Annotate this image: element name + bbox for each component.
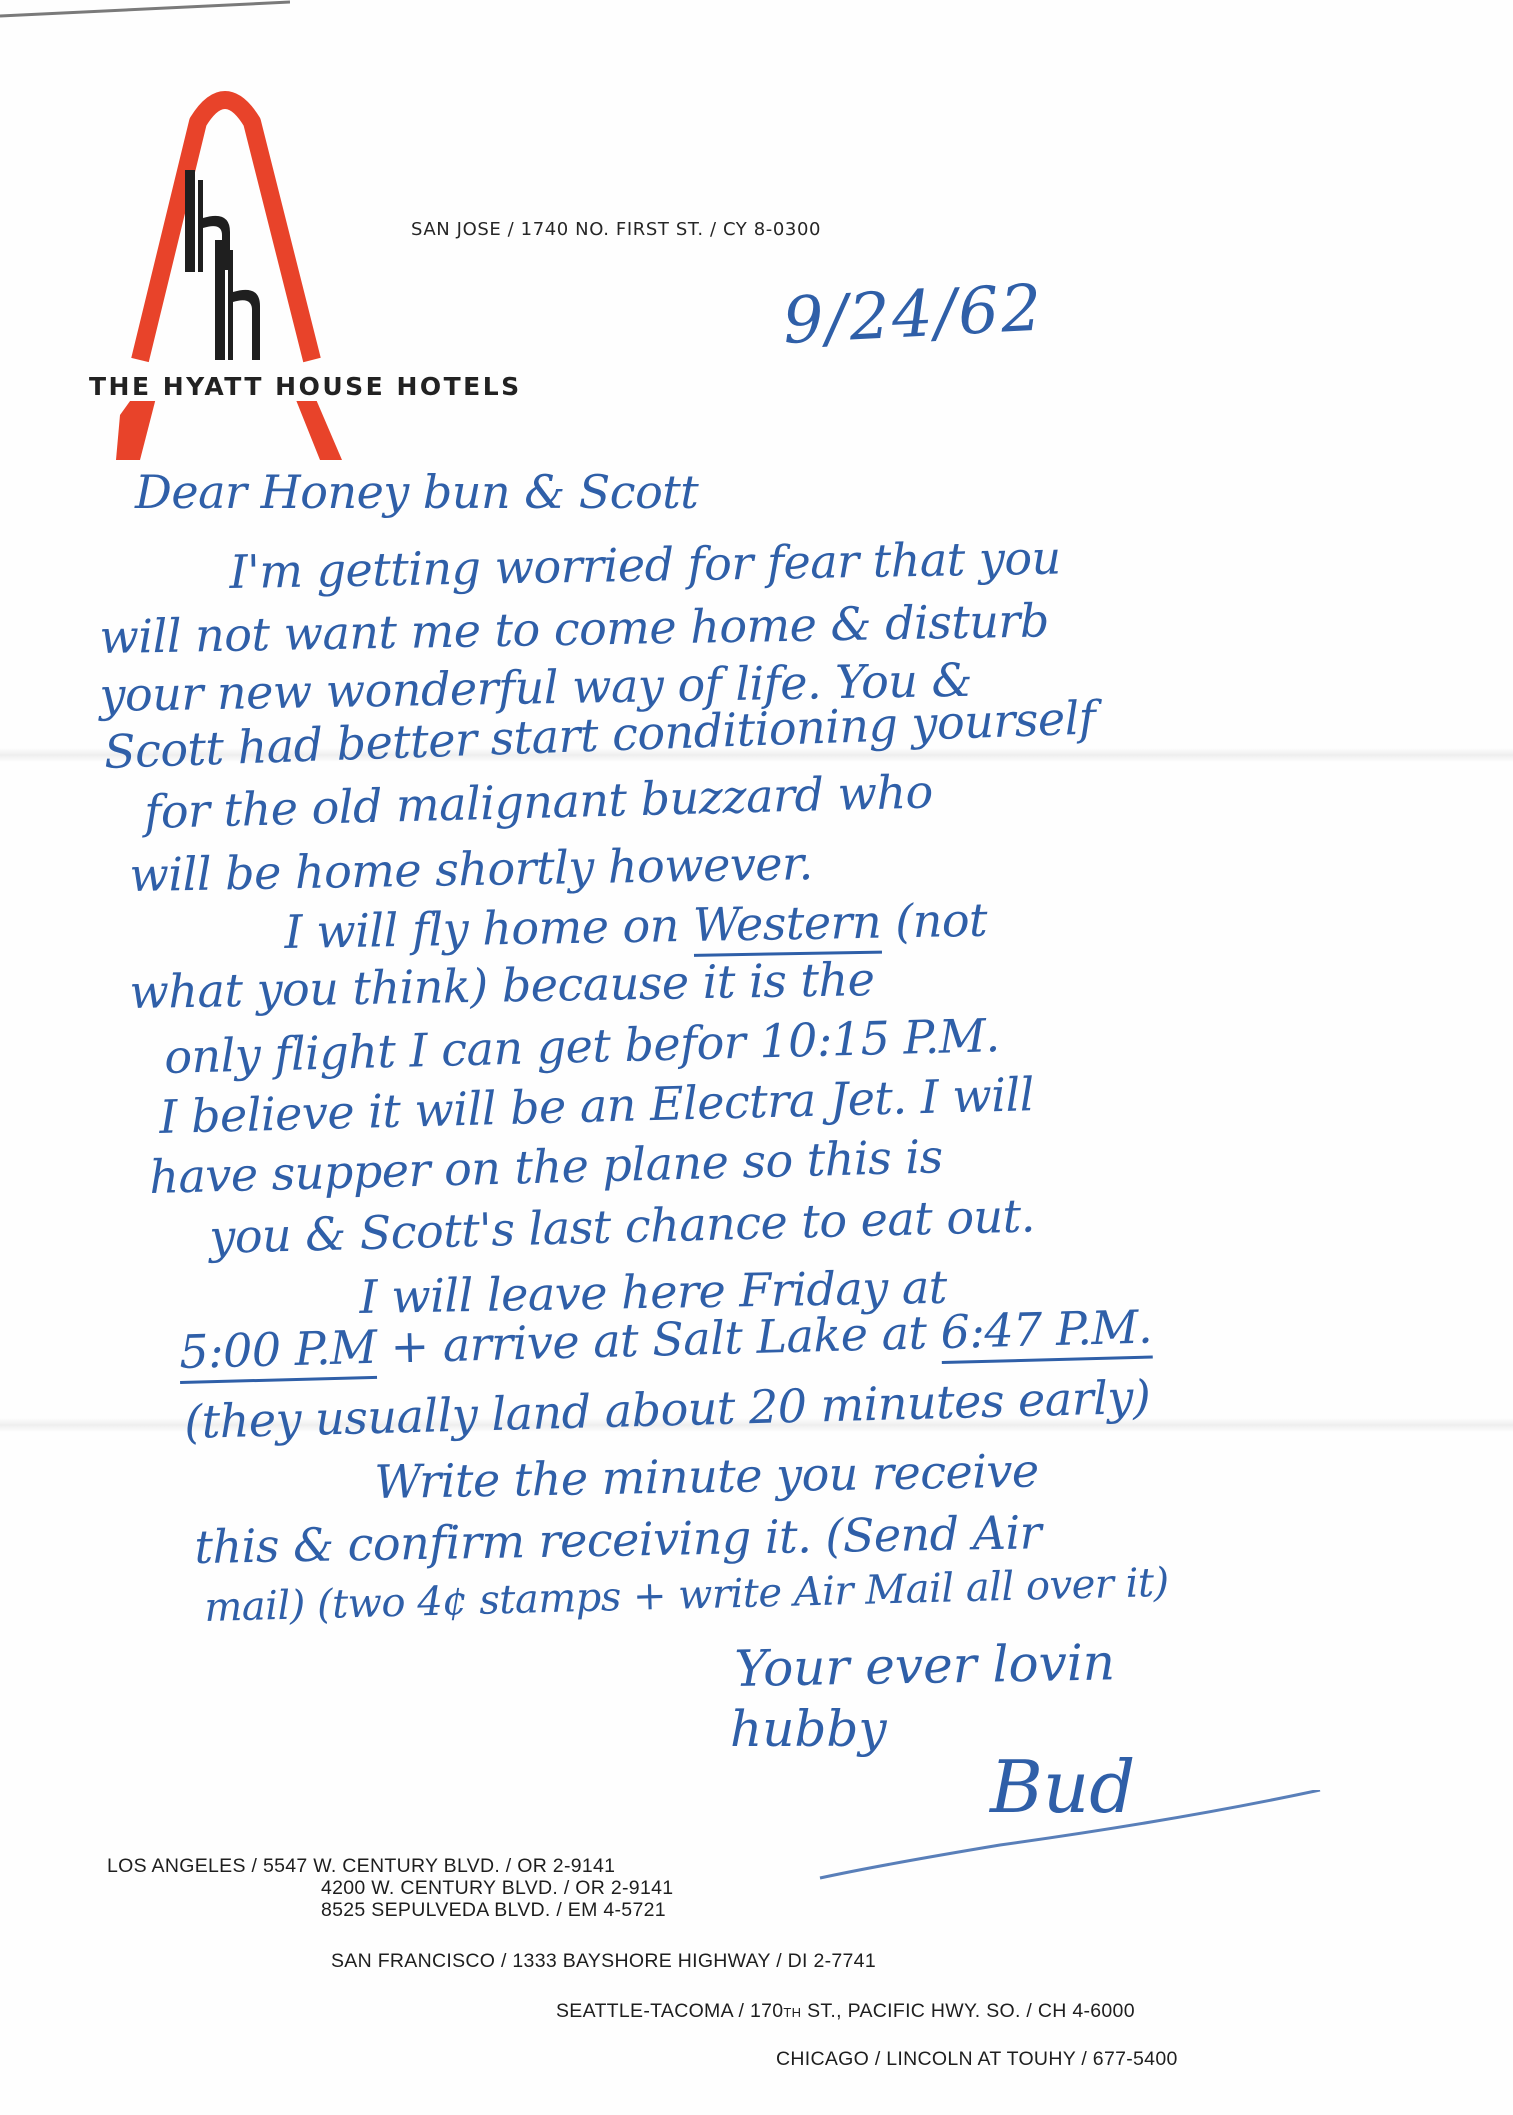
- letter-line: I'm getting worried for fear that you: [229, 531, 1061, 599]
- paper-top-edge: [0, 0, 290, 18]
- letter-text: I will fly home on: [284, 898, 679, 959]
- salutation: Dear Honey bun & Scott: [135, 465, 698, 519]
- letter-page: THE HYATT HOUSE HOTELS SAN JOSE / 1740 N…: [0, 0, 1513, 2115]
- footer-address: 4200 W. CENTURY BLVD. / OR 2-9141: [321, 1877, 673, 1900]
- letter-line: Write the minute you receive: [374, 1443, 1039, 1509]
- arrive-time: 6:47 P.M.: [940, 1300, 1153, 1365]
- letter-line: you & Scott's last chance to eat out.: [209, 1188, 1036, 1264]
- letter-text: (not: [895, 893, 988, 949]
- letter-line: what you think) because it is the: [129, 952, 875, 1019]
- hyatt-logo-icon: [80, 70, 370, 460]
- footer-city-label: LOS ANGELES /: [107, 1855, 257, 1877]
- signature-flourish: [800, 1790, 1360, 1880]
- closing-line: Your ever lovin: [734, 1633, 1115, 1698]
- letter-line: will be home shortly however.: [129, 836, 813, 902]
- footer-address: 8525 SEPULVEDA BLVD. / EM 4-5721: [321, 1899, 666, 1922]
- footer-text: TH: [783, 2005, 801, 2020]
- closing-line: hubby: [730, 1700, 887, 1758]
- depart-time: 5:00 P.M: [179, 1320, 378, 1384]
- footer-address-san-francisco: SAN FRANCISCO / 1333 BAYSHORE HIGHWAY / …: [331, 1950, 876, 1973]
- letter-line: this & confirm receiving it. (Send Air: [194, 1505, 1042, 1574]
- footer-address-seattle-tacoma: SEATTLE-TACOMA / 170TH ST., PACIFIC HWY.…: [556, 2000, 1135, 2023]
- brand-name: THE HYATT HOUSE HOTELS: [85, 372, 526, 401]
- letter-line: for the old malignant buzzard who: [144, 764, 934, 839]
- footer-address: 5547 W. CENTURY BLVD. / OR 2-9141: [263, 1855, 615, 1877]
- airline-name: Western: [693, 895, 882, 957]
- letter-line: I will fly home on Western (not: [284, 893, 987, 959]
- footer-text: SEATTLE-TACOMA / 170: [556, 2000, 783, 2022]
- letter-line: (they usually land about 20 minutes earl…: [184, 1370, 1151, 1449]
- letter-date: 9/24/62: [781, 271, 1045, 359]
- footer-address-los-angeles: LOS ANGELES / 5547 W. CENTURY BLVD. / OR…: [107, 1855, 615, 1878]
- letter-line: 5:00 P.M + arrive at Salt Lake at 6:47 P…: [179, 1300, 1153, 1379]
- header-address: SAN JOSE / 1740 NO. FIRST ST. / CY 8-030…: [411, 219, 821, 240]
- footer-address-chicago: CHICAGO / LINCOLN AT TOUHY / 677-5400: [776, 2048, 1178, 2071]
- footer-text: ST., PACIFIC HWY. SO. / CH 4-6000: [801, 2000, 1134, 2022]
